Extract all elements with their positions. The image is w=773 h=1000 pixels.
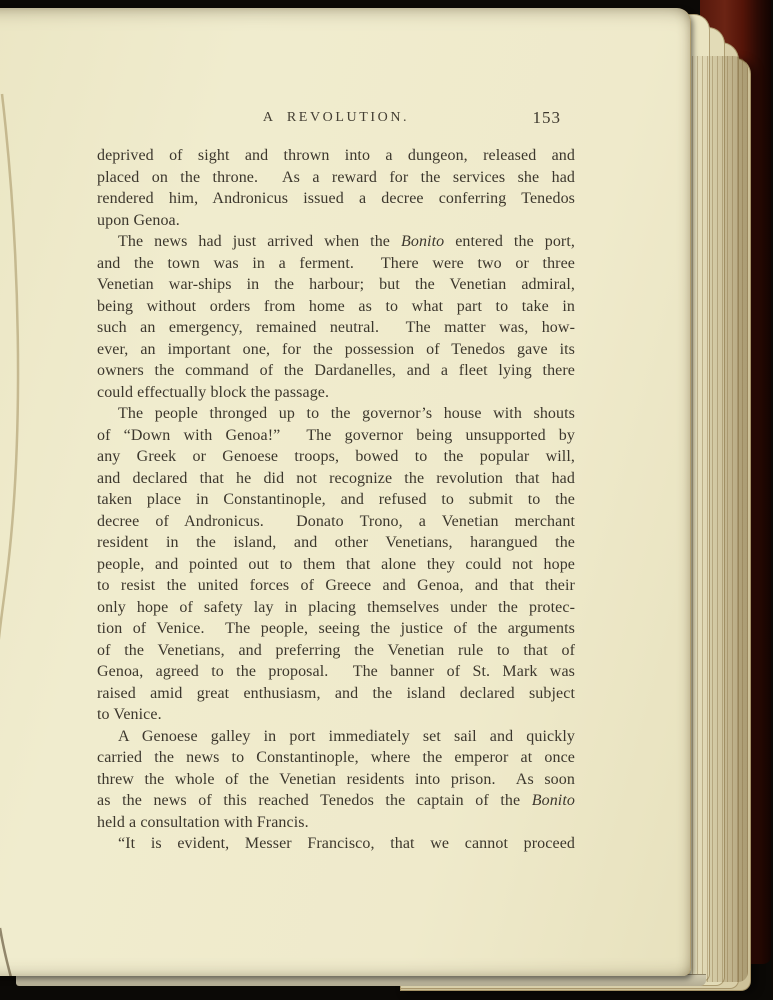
text-run: only hope of safety lay in placing thems… [97,599,575,616]
text-run: decree of Andronicus. Donato Trono, a Ve… [97,513,575,530]
text-run: deprived of sight and thrown into a dung… [97,147,575,164]
text-line: The news had just arrived when the Bonit… [97,231,575,253]
page-number: 153 [533,108,562,128]
text-line: carried the news to Constantinople, wher… [97,747,575,769]
paragraph: A Genoese galley in port immediately set… [97,726,575,834]
text-run: people, and pointed out to them that alo… [97,556,575,573]
text-line: Venetian war-ships in the harbour; but t… [97,274,575,296]
text-line: such an emergency, remained neutral. The… [97,317,575,339]
paragraph: “It is evident, Messer Francisco, that w… [97,833,575,855]
text-run: and the town was in a ferment. There wer… [97,255,575,272]
text-run: rendered him, Andronicus issued a decree… [97,190,575,207]
italic-run: Bonito [401,233,444,250]
text-run: upon Genoa. [97,212,180,229]
text-run: could effectually block the passage. [97,384,329,401]
book-page: A REVOLUTION. 153 deprived of sight and … [0,8,691,976]
text-line: to Venice. [97,704,575,726]
text-run: owners the command of the Dardanelles, a… [97,362,575,379]
text-run: to resist the united forces of Greece an… [97,577,575,594]
text-run: entered the port, [444,233,575,250]
text-line: any Greek or Genoese troops, bowed to th… [97,446,575,468]
text-line: threw the whole of the Venetian resident… [97,769,575,791]
text-line: The people thronged up to the governor’s… [97,403,575,425]
text-run: ever, an important one, for the possessi… [97,341,575,358]
text-run: taken place in Constantinople, and refus… [97,491,575,508]
text-run: Genoa, agreed to the proposal. The banne… [97,663,575,680]
page-text: deprived of sight and thrown into a dung… [97,145,575,855]
text-line: held a consultation with Francis. [97,812,575,834]
text-line: deprived of sight and thrown into a dung… [97,145,575,167]
text-run: The news had just arrived when the [118,233,401,250]
text-line: people, and pointed out to them that alo… [97,554,575,576]
text-line: placed on the throne. As a reward for th… [97,167,575,189]
text-line: taken place in Constantinople, and refus… [97,489,575,511]
text-line: resident in the island, and other Veneti… [97,532,575,554]
text-run: of the Venetians, and preferring the Ven… [97,642,575,659]
text-line: Genoa, agreed to the proposal. The banne… [97,661,575,683]
text-line: owners the command of the Dardanelles, a… [97,360,575,382]
text-run: A Genoese galley in port immediately set… [118,728,575,745]
text-run: tion of Venice. The people, seeing the j… [97,620,575,637]
text-line: of the Venetians, and preferring the Ven… [97,640,575,662]
paragraph: The news had just arrived when the Bonit… [97,231,575,403]
text-column: A REVOLUTION. 153 deprived of sight and … [97,108,575,855]
text-run: carried the news to Constantinople, wher… [97,749,575,766]
text-line: “It is evident, Messer Francisco, that w… [97,833,575,855]
text-line: as the news of this reached Tenedos the … [97,790,575,812]
text-run: as the news of this reached Tenedos the … [97,792,532,809]
text-run: being without orders from home as to wha… [97,298,575,315]
text-line: could effectually block the passage. [97,382,575,404]
text-line: and declared that he did not recognize t… [97,468,575,490]
fore-edge-pages [688,56,748,982]
text-run: resident in the island, and other Veneti… [97,534,575,551]
text-line: being without orders from home as to wha… [97,296,575,318]
paragraph: deprived of sight and thrown into a dung… [97,145,575,231]
text-line: ever, an important one, for the possessi… [97,339,575,361]
text-line: tion of Venice. The people, seeing the j… [97,618,575,640]
text-run: such an emergency, remained neutral. The… [97,319,575,336]
text-line: rendered him, Andronicus issued a decree… [97,188,575,210]
text-line: raised amid great enthusiasm, and the is… [97,683,575,705]
text-run: “It is evident, Messer Francisco, that w… [118,835,575,852]
page-curl-lines [0,8,66,976]
italic-run: Bonito [532,792,575,809]
text-run: to Venice. [97,706,162,723]
text-line: of “Down with Genoa!” The governor being… [97,425,575,447]
text-run: and declared that he did not recognize t… [97,470,575,487]
page-header-row: A REVOLUTION. 153 [97,108,575,130]
text-run: raised amid great enthusiasm, and the is… [97,685,575,702]
book-scan: A REVOLUTION. 153 deprived of sight and … [0,0,773,1000]
running-head: A REVOLUTION. [97,110,575,126]
text-run: threw the whole of the Venetian resident… [97,771,575,788]
text-line: and the town was in a ferment. There wer… [97,253,575,275]
text-line: only hope of safety lay in placing thems… [97,597,575,619]
text-line: A Genoese galley in port immediately set… [97,726,575,748]
text-run: of “Down with Genoa!” The governor being… [97,427,575,444]
text-run: The people thronged up to the governor’s… [118,405,575,422]
text-line: to resist the united forces of Greece an… [97,575,575,597]
text-line: decree of Andronicus. Donato Trono, a Ve… [97,511,575,533]
text-run: any Greek or Genoese troops, bowed to th… [97,448,575,465]
text-run: placed on the throne. As a reward for th… [97,169,575,186]
text-line: upon Genoa. [97,210,575,232]
text-run: Venetian war-ships in the harbour; but t… [97,276,575,293]
text-run: held a consultation with Francis. [97,814,309,831]
paragraph: The people thronged up to the governor’s… [97,403,575,726]
